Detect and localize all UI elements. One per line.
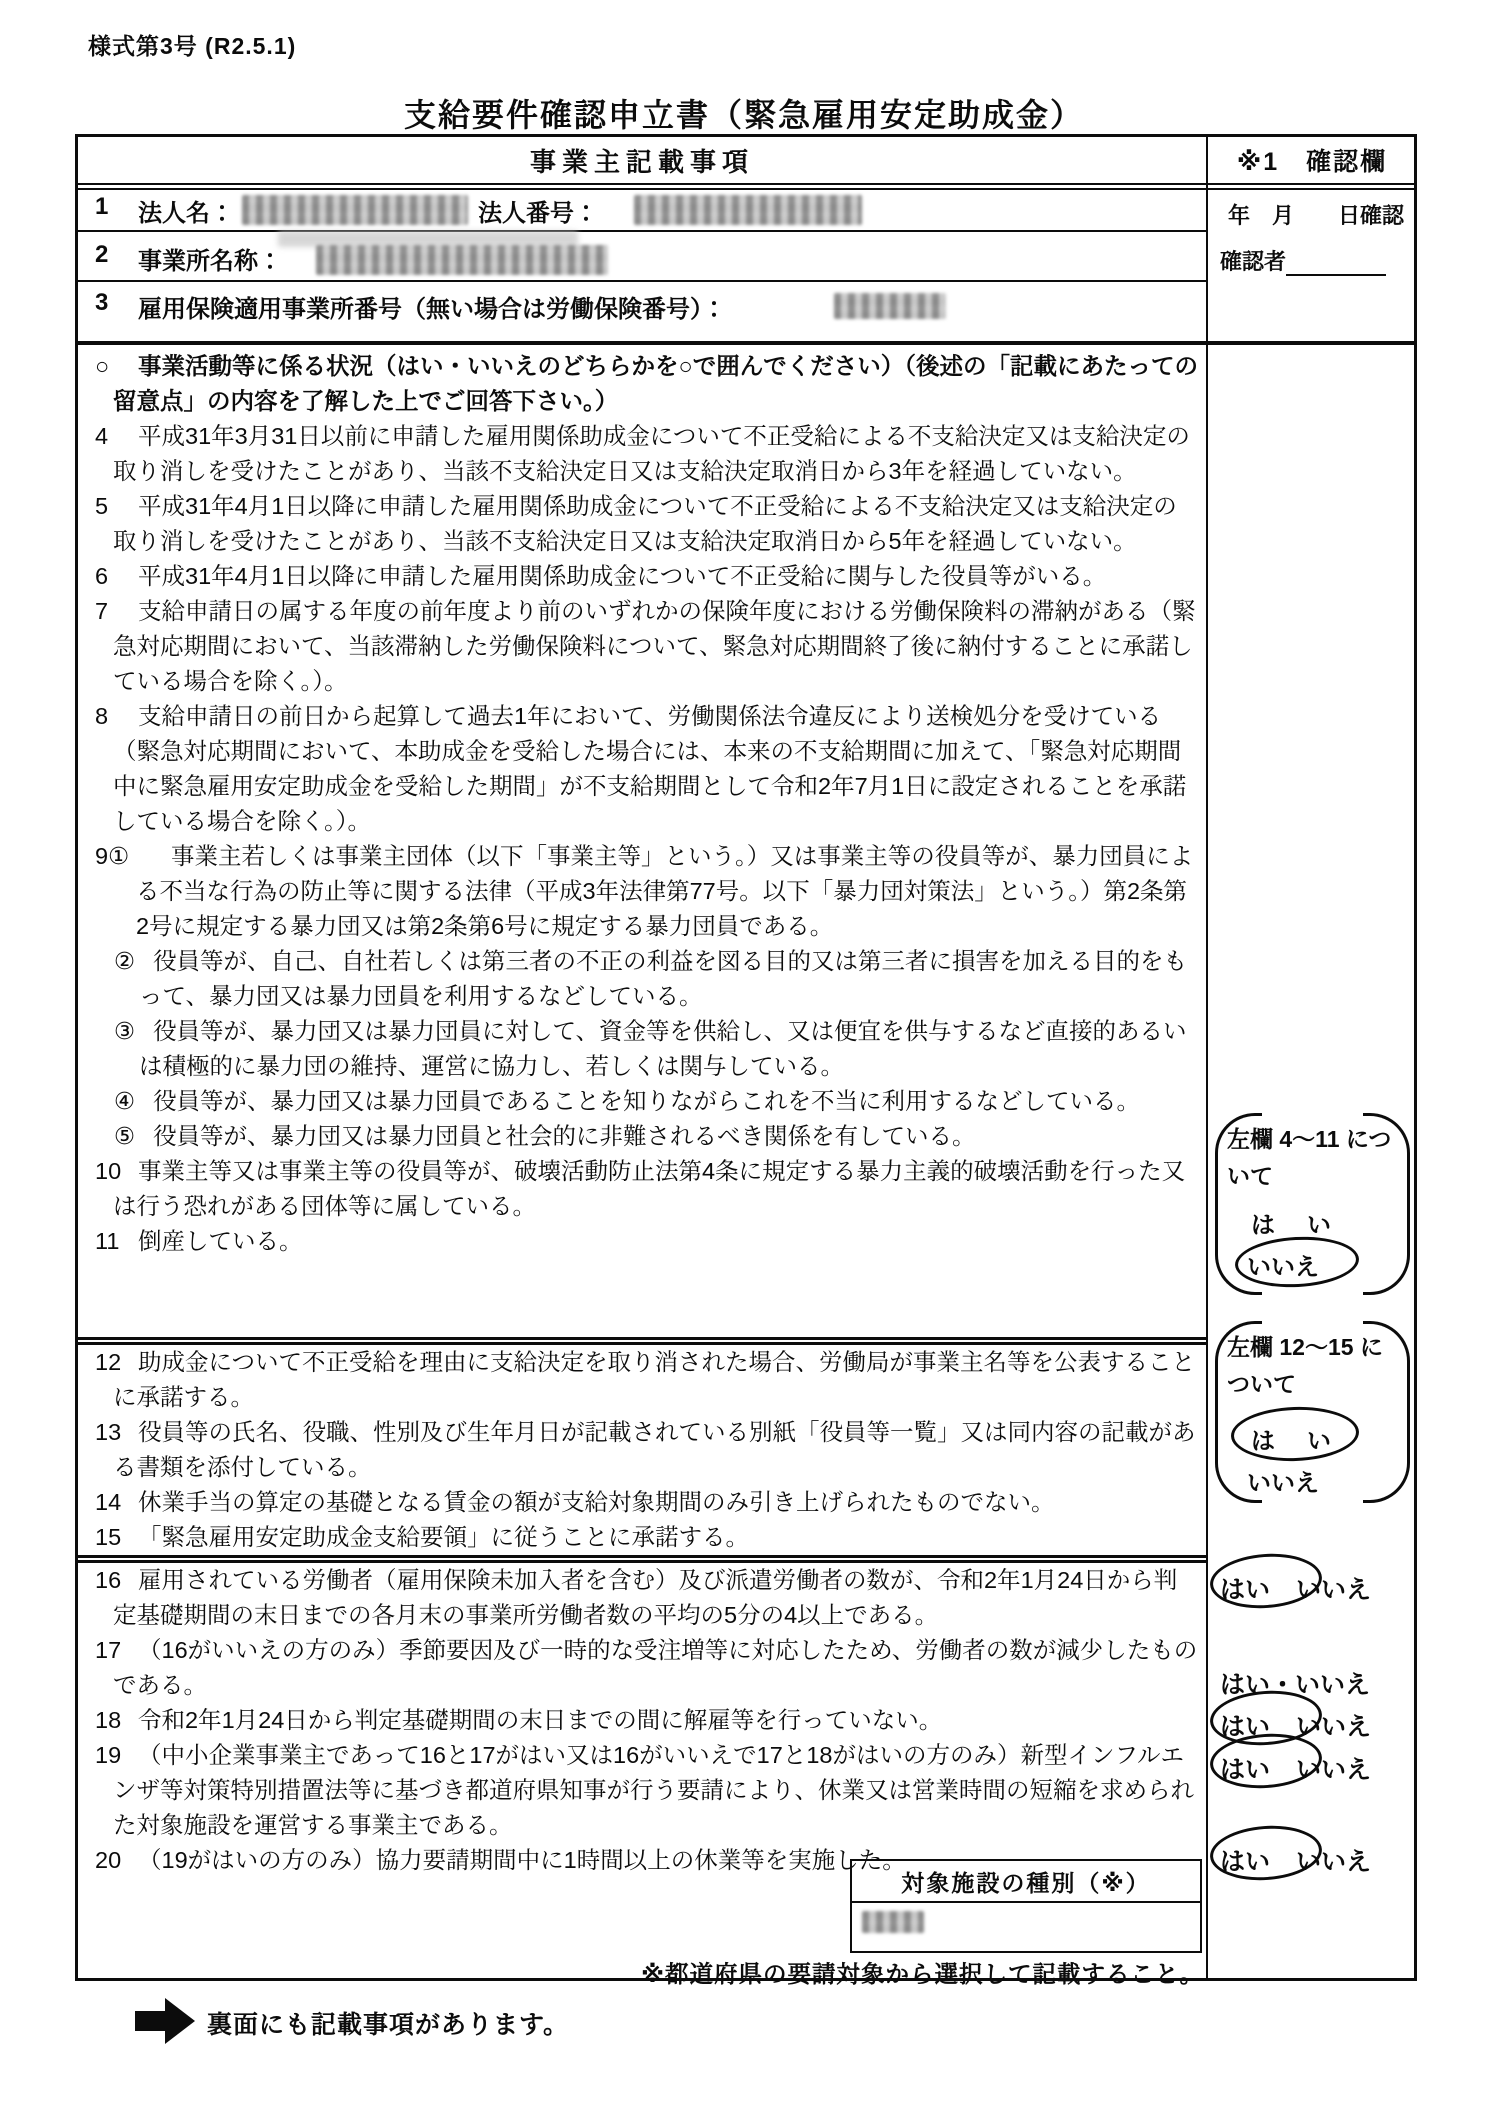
item-14: 14休業手当の算定の基礎となる賃金の額が支給対象期間のみ引き上げられたものでない… xyxy=(78,1485,1200,1520)
item-intro: ○事業活動等に係る状況（はい・いいえのどちらかを○で囲んでください）（後述の「記… xyxy=(78,349,1200,419)
corporate-name-value-redacted[interactable] xyxy=(242,195,468,225)
item-9-5: ⑤役員等が、暴力団又は暴力団員と社会的に非難されるべき関係を有している。 xyxy=(78,1119,1200,1154)
item-5: 5平成31年4月1日以降に申請した雇用関係助成金について不正受給による不支給決定… xyxy=(78,489,1200,559)
form-number: 様式第3号 (R2.5.1) xyxy=(88,28,296,61)
field-number: 3 xyxy=(95,289,135,317)
divider-row3-heavy xyxy=(78,341,1414,345)
main-form-table: 事業主記載事項 ※1 確認欄 1 法人名： 法人番号： 2 事業所名称： 3 雇… xyxy=(75,134,1417,1981)
facility-type-value-cell[interactable] xyxy=(852,1903,1200,1951)
facility-note: ※都道府県の要請対象から選択して記載すること。 xyxy=(548,1955,1204,1989)
divider-row1 xyxy=(78,230,1206,232)
insurance-number-value-redacted[interactable] xyxy=(834,293,946,319)
item-7: 7支給申請日の属する年度の前年度より前のいずれかの保険年度における労働保険料の滞… xyxy=(78,594,1200,699)
title-underlined-part: 緊急雇用安定 xyxy=(744,97,948,137)
items-section-4-11: ○事業活動等に係る状況（はい・いいえのどちらかを○で囲んでください）（後述の「記… xyxy=(78,349,1206,1259)
confirmation-date-line: 年 月 日確認 xyxy=(1228,199,1408,230)
item-9-1: 9①事業主若しくは事業主団体（以下「事業主等」という。）又は事業主等の役員等が、… xyxy=(78,839,1200,944)
footer-note: 裏面にも記載事項があります。 xyxy=(207,2005,569,2041)
item-17: 17（16がいいえの方のみ）季節要因及び一時的な受注増等に対応したため、労働者の… xyxy=(78,1633,1200,1703)
office-name-value-redacted[interactable] xyxy=(316,245,608,275)
divider-after-item-11 xyxy=(78,1337,1206,1345)
divider-after-item-15 xyxy=(78,1555,1206,1563)
facility-type-value-redacted[interactable] xyxy=(862,1911,924,1933)
item-18: 18令和2年1月24日から判定基礎期間の末日までの間に解雇等を行っていない。 xyxy=(78,1703,1200,1738)
table-header-employer-section: 事業主記載事項 xyxy=(78,137,1206,183)
page-title: 支給要件確認申立書（緊急雇用安定助成金） xyxy=(0,90,1488,136)
field-row-corporate-name: 1 法人名： 法人番号： xyxy=(78,193,1206,230)
answer-q19: はいいいえ xyxy=(1220,1750,1416,1786)
item-9-4: ④役員等が、暴力団又は暴力団員であることを知りながらこれを不当に利用するなどして… xyxy=(78,1084,1200,1119)
corporate-name-label: 法人名： xyxy=(138,193,234,228)
field-number: 2 xyxy=(95,241,135,269)
facility-type-table: 対象施設の種別（※） xyxy=(850,1859,1202,1953)
item-11: 11倒産している。 xyxy=(78,1224,1200,1259)
insurance-number-label: 雇用保険適用事業所番号（無い場合は労働保険番号）： xyxy=(138,289,726,324)
table-header-confirmation-column: ※1 確認欄 xyxy=(1208,137,1416,183)
item-15: 15「緊急雇用安定助成金支給要領」に従うことに承諾する。 xyxy=(78,1520,1200,1555)
divider-below-header xyxy=(78,183,1414,190)
corporate-number-label: 法人番号： xyxy=(478,193,598,228)
item-9-2: ②役員等が、自己、自社若しくは第三者の不正の利益を図る目的又は第三者に損害を加え… xyxy=(78,944,1200,1014)
field-row-insurance-number: 3 雇用保険適用事業所番号（無い場合は労働保険番号）： xyxy=(78,289,1206,341)
divider-row2 xyxy=(78,280,1206,282)
item-16: 16雇用されている労働者（雇用保険未加入者を含む）及び派遣労働者の数が、令和2年… xyxy=(78,1563,1200,1633)
confirmer-fill-line[interactable] xyxy=(1286,250,1386,276)
answer-group-4-11: 左欄 4～11 について は い いいえ xyxy=(1215,1113,1410,1295)
item-12: 12助成金について不正受給を理由に支給決定を取り消された場合、労働局が事業主名等… xyxy=(78,1345,1200,1415)
answer-group-4-11-label: 左欄 4～11 について xyxy=(1227,1121,1399,1195)
answer-group-12-15: 左欄 12～15 について は い いいえ xyxy=(1215,1321,1410,1503)
field-number: 1 xyxy=(95,193,135,221)
arrow-icon xyxy=(165,1998,195,2044)
confirmer-field: 確認者 xyxy=(1220,245,1410,276)
answer-q20: はいいいえ xyxy=(1220,1842,1416,1878)
arrow-icon xyxy=(135,2011,167,2031)
item-6: 6平成31年4月1日以降に申請した雇用関係助成金について不正受給に関与した役員等… xyxy=(78,559,1200,594)
item-19: 19（中小企業事業主であって16と17がはい又は16がいいえで17と18がはいの… xyxy=(78,1738,1200,1843)
column-divider xyxy=(1206,137,1208,1978)
application-form-page: 様式第3号 (R2.5.1) 支給要件確認申立書（緊急雇用安定助成金） 事業主記… xyxy=(0,0,1488,2104)
office-name-label: 事業所名称： xyxy=(138,241,282,276)
answer-group-12-15-label: 左欄 12～15 について xyxy=(1227,1329,1399,1403)
item-8: 8支給申請日の前日から起算して過去1年において、労働関係法令違反により送検処分を… xyxy=(78,699,1200,839)
facility-type-header: 対象施設の種別（※） xyxy=(852,1861,1200,1903)
item-4: 4平成31年3月31日以前に申請した雇用関係助成金について不正受給による不支給決… xyxy=(78,419,1200,489)
option-yes-4-11[interactable]: は い xyxy=(1251,1205,1335,1240)
corporate-number-value-redacted[interactable] xyxy=(634,195,862,225)
item-10: 10事業主等又は事業主等の役員等が、破壊活動防止法第4条に規定する暴力主義的破壊… xyxy=(78,1154,1200,1224)
items-section-16-20: 16雇用されている労働者（雇用保険未加入者を含む）及び派遣労働者の数が、令和2年… xyxy=(78,1563,1206,1878)
answer-q16: はいいいえ xyxy=(1220,1570,1416,1606)
item-9-3: ③役員等が、暴力団又は暴力団員に対して、資金等を供給し、又は便宜を供与するなど直… xyxy=(78,1014,1200,1084)
field-row-office-name: 2 事業所名称： xyxy=(78,241,1206,280)
item-13: 13役員等の氏名、役職、性別及び生年月日が記載されている別紙「役員等一覧」又は同… xyxy=(78,1415,1200,1485)
option-no-12-15[interactable]: いいえ xyxy=(1247,1463,1319,1498)
items-section-12-15: 12助成金について不正受給を理由に支給決定を取り消された場合、労働局が事業主名等… xyxy=(78,1345,1206,1555)
